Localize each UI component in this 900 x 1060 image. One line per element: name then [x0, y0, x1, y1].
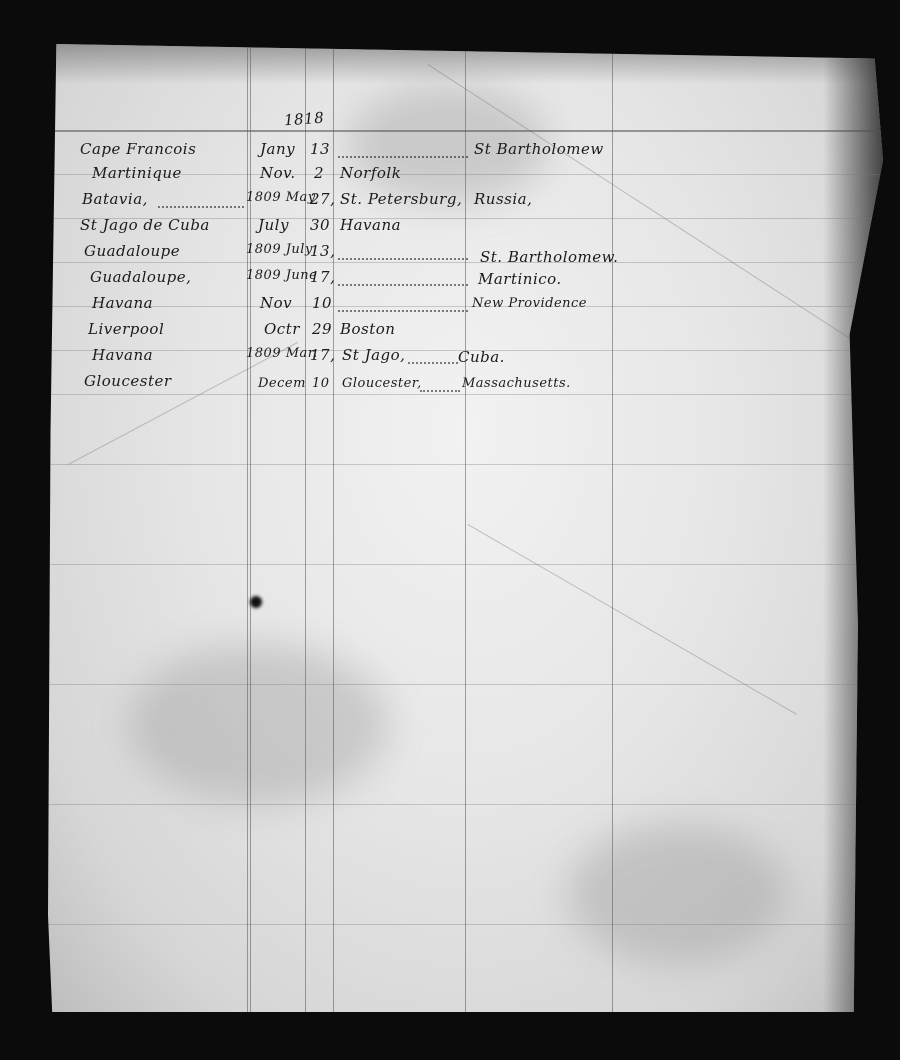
day-cell: 29	[312, 320, 332, 338]
leader-dots	[158, 206, 244, 208]
origin-cell: Cape Francois	[80, 140, 196, 158]
month-cell: 1809 July	[246, 242, 313, 257]
region-cell: St. Bartholomew.	[480, 248, 618, 266]
month-cell: 1809 June	[246, 268, 317, 283]
destination-cell: Norfolk	[340, 164, 401, 182]
diagonal-line	[468, 524, 798, 715]
leader-dots	[338, 156, 468, 158]
ledger-page: 1818 Cape Francois Jany 13 St Bartholome…	[48, 44, 883, 1012]
month-cell: Octr	[264, 320, 300, 338]
smudge	[128, 644, 388, 804]
region-cell: Russia,	[474, 190, 532, 208]
day-cell: 10	[312, 294, 332, 312]
day-cell: 30	[310, 216, 330, 234]
month-cell: 1809 May	[246, 190, 316, 205]
ink-blot	[250, 596, 262, 608]
destination-cell: Havana	[340, 216, 401, 234]
day-cell: 13	[310, 140, 330, 158]
leader-dots	[338, 284, 468, 286]
day-cell: 27,	[310, 190, 335, 208]
region-cell: Martinico.	[478, 270, 562, 288]
smudge	[568, 824, 788, 964]
region-cell: Massachusetts.	[462, 376, 571, 391]
origin-cell: Havana	[92, 346, 153, 364]
destination-cell: Boston	[340, 320, 395, 338]
column-rule-region	[465, 44, 466, 1012]
region-cell: St Bartholomew	[474, 140, 604, 158]
origin-cell: Guadaloupe,	[90, 268, 191, 286]
month-cell: Nov.	[260, 164, 296, 182]
region-cell: New Providence	[472, 296, 587, 311]
month-cell: Decem	[258, 376, 306, 391]
origin-cell: Guadaloupe	[84, 242, 180, 260]
origin-cell: Havana	[92, 294, 153, 312]
destination-cell: St Jago,	[342, 346, 405, 364]
destination-cell: Gloucester,	[342, 376, 422, 391]
month-cell: Jany	[260, 140, 295, 158]
origin-cell: Gloucester	[84, 372, 172, 390]
leader-dots	[338, 310, 468, 312]
leader-dots	[338, 258, 468, 260]
day-cell: 17,	[310, 268, 335, 286]
day-cell: 10	[312, 376, 330, 391]
month-cell: July	[258, 216, 289, 234]
leader-dots	[420, 390, 460, 392]
day-cell: 2	[314, 164, 324, 182]
day-cell: 17,	[310, 346, 335, 364]
destination-cell: St. Petersburg,	[340, 190, 462, 208]
month-cell: Nov	[260, 294, 292, 312]
origin-cell: Martinique	[92, 164, 182, 182]
column-rule-right	[612, 44, 613, 1012]
origin-cell: Liverpool	[88, 320, 164, 338]
leader-dots	[408, 362, 458, 364]
month-cell: 1809 Mar.	[246, 346, 318, 361]
region-cell: Cuba.	[458, 348, 505, 366]
day-cell: 13,	[310, 242, 335, 260]
year-header: 1818	[283, 109, 324, 130]
origin-cell: Batavia,	[82, 190, 148, 208]
page-right-shadow	[823, 44, 883, 1012]
origin-cell: St Jago de Cuba	[80, 216, 210, 234]
